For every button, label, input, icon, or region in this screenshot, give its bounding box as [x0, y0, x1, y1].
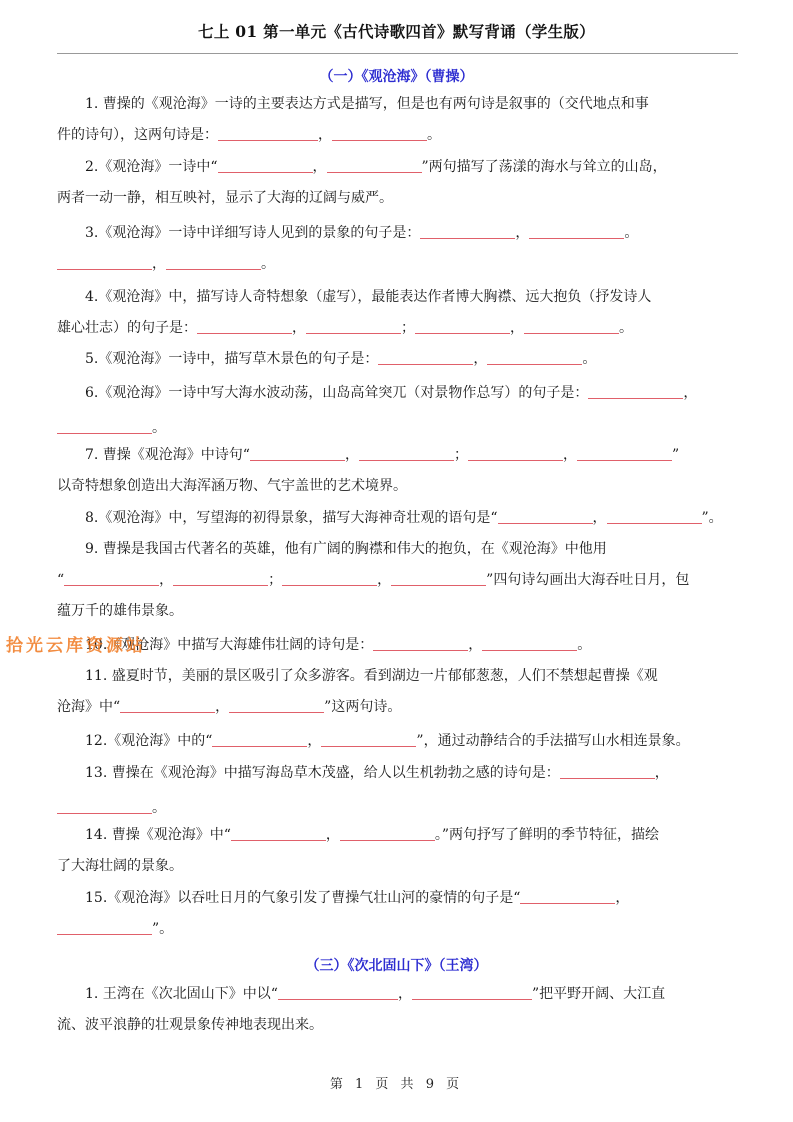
answer-blank[interactable]	[468, 443, 563, 461]
section-heading-guancanghai: （一）《观沧海》（曹操）	[0, 66, 793, 86]
answer-blank[interactable]	[391, 568, 486, 586]
answer-blank[interactable]	[57, 796, 152, 814]
question-1: 1. 曹操的《观沧海》一诗的主要表达方式是描写，但是也有两句诗是叙事的（交代地点…	[57, 89, 740, 151]
answer-blank[interactable]	[327, 155, 422, 173]
answer-blank[interactable]	[378, 347, 473, 365]
answer-blank[interactable]	[166, 252, 261, 270]
answer-blank[interactable]	[306, 316, 401, 334]
answer-blank[interactable]	[218, 155, 313, 173]
answer-blank[interactable]	[173, 568, 268, 586]
answer-blank[interactable]	[229, 695, 324, 713]
answer-blank[interactable]	[420, 221, 515, 239]
answer-blank[interactable]	[64, 568, 159, 586]
question-5: 5.《观沧海》一诗中，描写草木景色的句子是：，。	[57, 344, 740, 375]
question-2: 2.《观沧海》一诗中“，”两句描写了荡漾的海水与耸立的山岛， 两者一动一静，相互…	[57, 152, 740, 214]
question-6: 6.《观沧海》一诗中写大海水波动荡，山岛高耸突兀（对景物作总写）的句子是：， 。	[57, 378, 740, 444]
answer-blank[interactable]	[212, 729, 307, 747]
question-14: 14. 曹操《观沧海》中“，。”两句抒写了鲜明的季节特征，描绘 了大海壮阔的景象…	[57, 820, 740, 882]
answer-blank[interactable]	[577, 443, 672, 461]
answer-blank[interactable]	[250, 443, 345, 461]
answer-blank[interactable]	[498, 506, 593, 524]
answer-blank[interactable]	[282, 568, 377, 586]
question-15: 15.《观沧海》以吞吐日月的气象引发了曹操气壮山河的豪情的句子是“， ”。	[57, 883, 740, 945]
answer-blank[interactable]	[231, 823, 326, 841]
question-12: 12.《观沧海》中的“，”，通过动静结合的手法描写山水相连景象。	[57, 726, 740, 757]
question-4: 4.《观沧海》中，描写诗人奇特想象（虚写），最能表达作者博大胸襟、远大抱负（抒发…	[57, 282, 740, 344]
answer-blank[interactable]	[529, 221, 624, 239]
question-s3-1: 1. 王湾在《次北固山下》中以“，”把平野开阔、大江直 流、波平浪静的壮观景象传…	[57, 979, 740, 1041]
answer-blank[interactable]	[412, 982, 532, 1000]
answer-blank[interactable]	[57, 252, 152, 270]
answer-blank[interactable]	[482, 633, 577, 651]
page-title: 七上 01 第一单元《古代诗歌四首》默写背诵（学生版）	[0, 20, 793, 42]
section-heading-cibeigushanxia: （三）《次北固山下》（王湾）	[0, 955, 793, 975]
answer-blank[interactable]	[415, 316, 510, 334]
answer-blank[interactable]	[607, 506, 702, 524]
answer-blank[interactable]	[332, 123, 427, 141]
answer-blank[interactable]	[321, 729, 416, 747]
question-13: 13. 曹操在《观沧海》中描写海岛草木茂盛，给人以生机勃勃之感的诗句是：， 。	[57, 758, 740, 824]
question-9: 9. 曹操是我国古代著名的英雄，他有广阔的胸襟和伟大的抱负，在《观沧海》中他用 …	[57, 534, 740, 627]
question-11: 11. 盛夏时节，美丽的景区吸引了众多游客。看到湖边一片郁郁葱葱，人们不禁想起曹…	[57, 661, 740, 723]
answer-blank[interactable]	[197, 316, 292, 334]
answer-blank[interactable]	[487, 347, 582, 365]
page-footer: 第 1 页 共 9 页	[0, 1073, 793, 1092]
answer-blank[interactable]	[278, 982, 398, 1000]
answer-blank[interactable]	[340, 823, 435, 841]
answer-blank[interactable]	[560, 761, 655, 779]
question-3: 3.《观沧海》一诗中详细写诗人见到的景象的句子是：，。 ，。	[57, 218, 740, 280]
question-7: 7. 曹操《观沧海》中诗句“，；，” 以奇特想象创造出大海浑涵万物、气宇盖世的艺…	[57, 440, 740, 502]
answer-blank[interactable]	[359, 443, 454, 461]
answer-blank[interactable]	[57, 416, 152, 434]
answer-blank[interactable]	[218, 123, 318, 141]
header-divider	[57, 53, 738, 54]
answer-blank[interactable]	[120, 695, 215, 713]
answer-blank[interactable]	[524, 316, 619, 334]
answer-blank[interactable]	[373, 633, 468, 651]
question-8: 8.《观沧海》中，写望海的初得景象，描写大海神奇壮观的语句是“，”。	[57, 503, 740, 534]
question-10: 10.《观沧海》中描写大海雄伟壮阔的诗句是：，。	[57, 630, 740, 661]
answer-blank[interactable]	[520, 886, 615, 904]
answer-blank[interactable]	[57, 917, 152, 935]
answer-blank[interactable]	[588, 381, 683, 399]
